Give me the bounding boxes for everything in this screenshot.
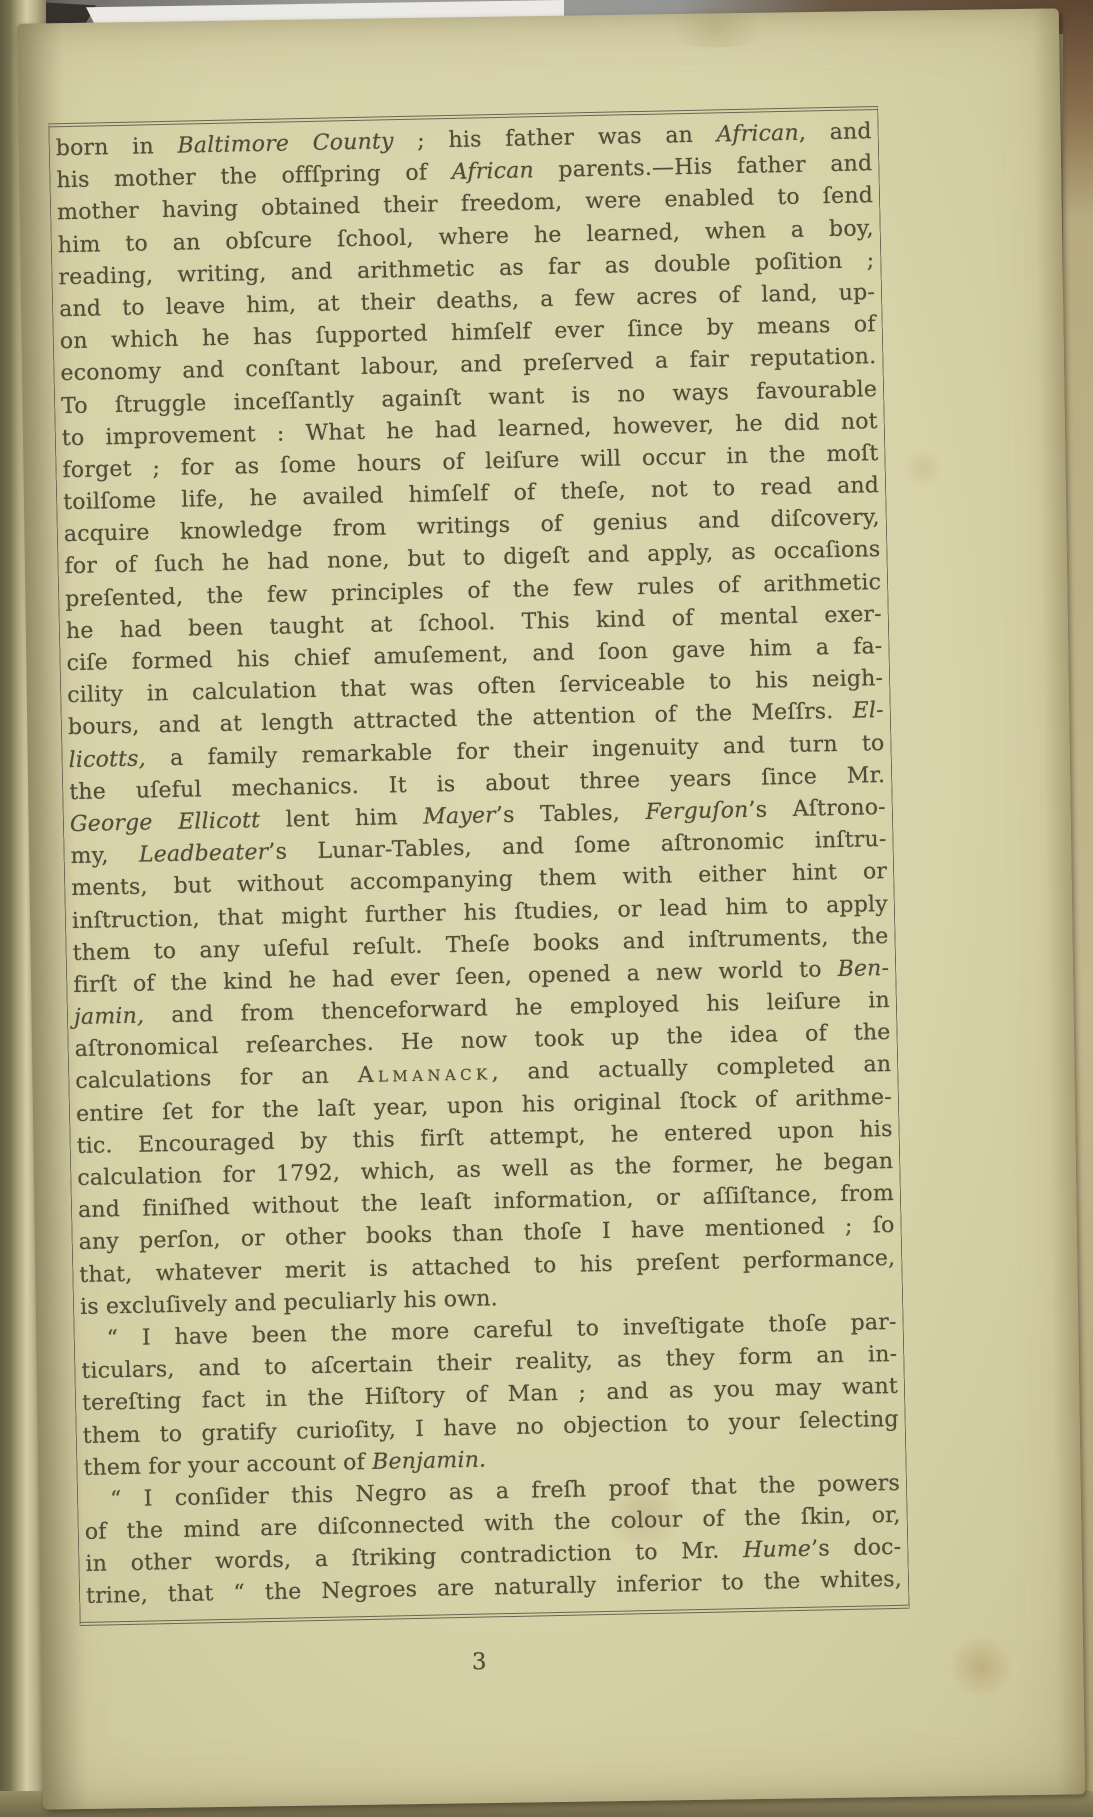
- italic-text: Hume: [743, 1537, 812, 1563]
- body-text: ’s Aſtrono-: [748, 795, 886, 823]
- body-text: born in: [56, 134, 178, 162]
- italic-text: Ferguſon: [645, 798, 749, 825]
- body-text: ’s Tables,: [496, 800, 646, 828]
- body-text: , and: [799, 119, 872, 146]
- italic-text: El-: [852, 698, 884, 724]
- body-text: calculations for an: [75, 1064, 358, 1095]
- italic-text: Mayer: [423, 803, 496, 830]
- body-text: lent him: [260, 805, 424, 833]
- italic-text: licotts,: [68, 746, 146, 773]
- body-text: is excluſively and peculiarly his own.: [80, 1286, 498, 1320]
- stain: [903, 450, 944, 487]
- italic-text: Baltimore County: [177, 129, 394, 159]
- ruled-text-block: born in Baltimore County ; his father wa…: [48, 106, 909, 1626]
- italic-text: jamin,: [74, 1004, 145, 1030]
- body-text: , and actually completed an: [491, 1052, 891, 1085]
- italic-text: Ben-: [837, 956, 889, 982]
- body-text: ’s doc-: [811, 1535, 902, 1562]
- page-number: 3: [71, 1643, 887, 1681]
- smallcaps-text: Almanack: [357, 1061, 491, 1089]
- italic-text: African: [716, 121, 799, 148]
- italic-text: African: [451, 158, 534, 185]
- body-text: my,: [70, 843, 139, 869]
- italic-text: Leadbeater: [139, 840, 269, 868]
- book-page: born in Baltimore County ; his father wa…: [17, 8, 1085, 1809]
- italic-text: Benjamin.: [372, 1447, 487, 1474]
- text-lines: born in Baltimore County ; his father wa…: [55, 116, 902, 1613]
- body-text: them for your account of: [83, 1450, 372, 1481]
- italic-text: George Ellicott: [70, 808, 261, 837]
- body-text: ; his father was an: [393, 122, 717, 154]
- body-text: his mother the offſpring of: [56, 160, 452, 193]
- book-scan: born in Baltimore County ; his father wa…: [0, 0, 1093, 1817]
- stain: [946, 1637, 1017, 1696]
- body-text: parents.—His father and: [534, 151, 873, 183]
